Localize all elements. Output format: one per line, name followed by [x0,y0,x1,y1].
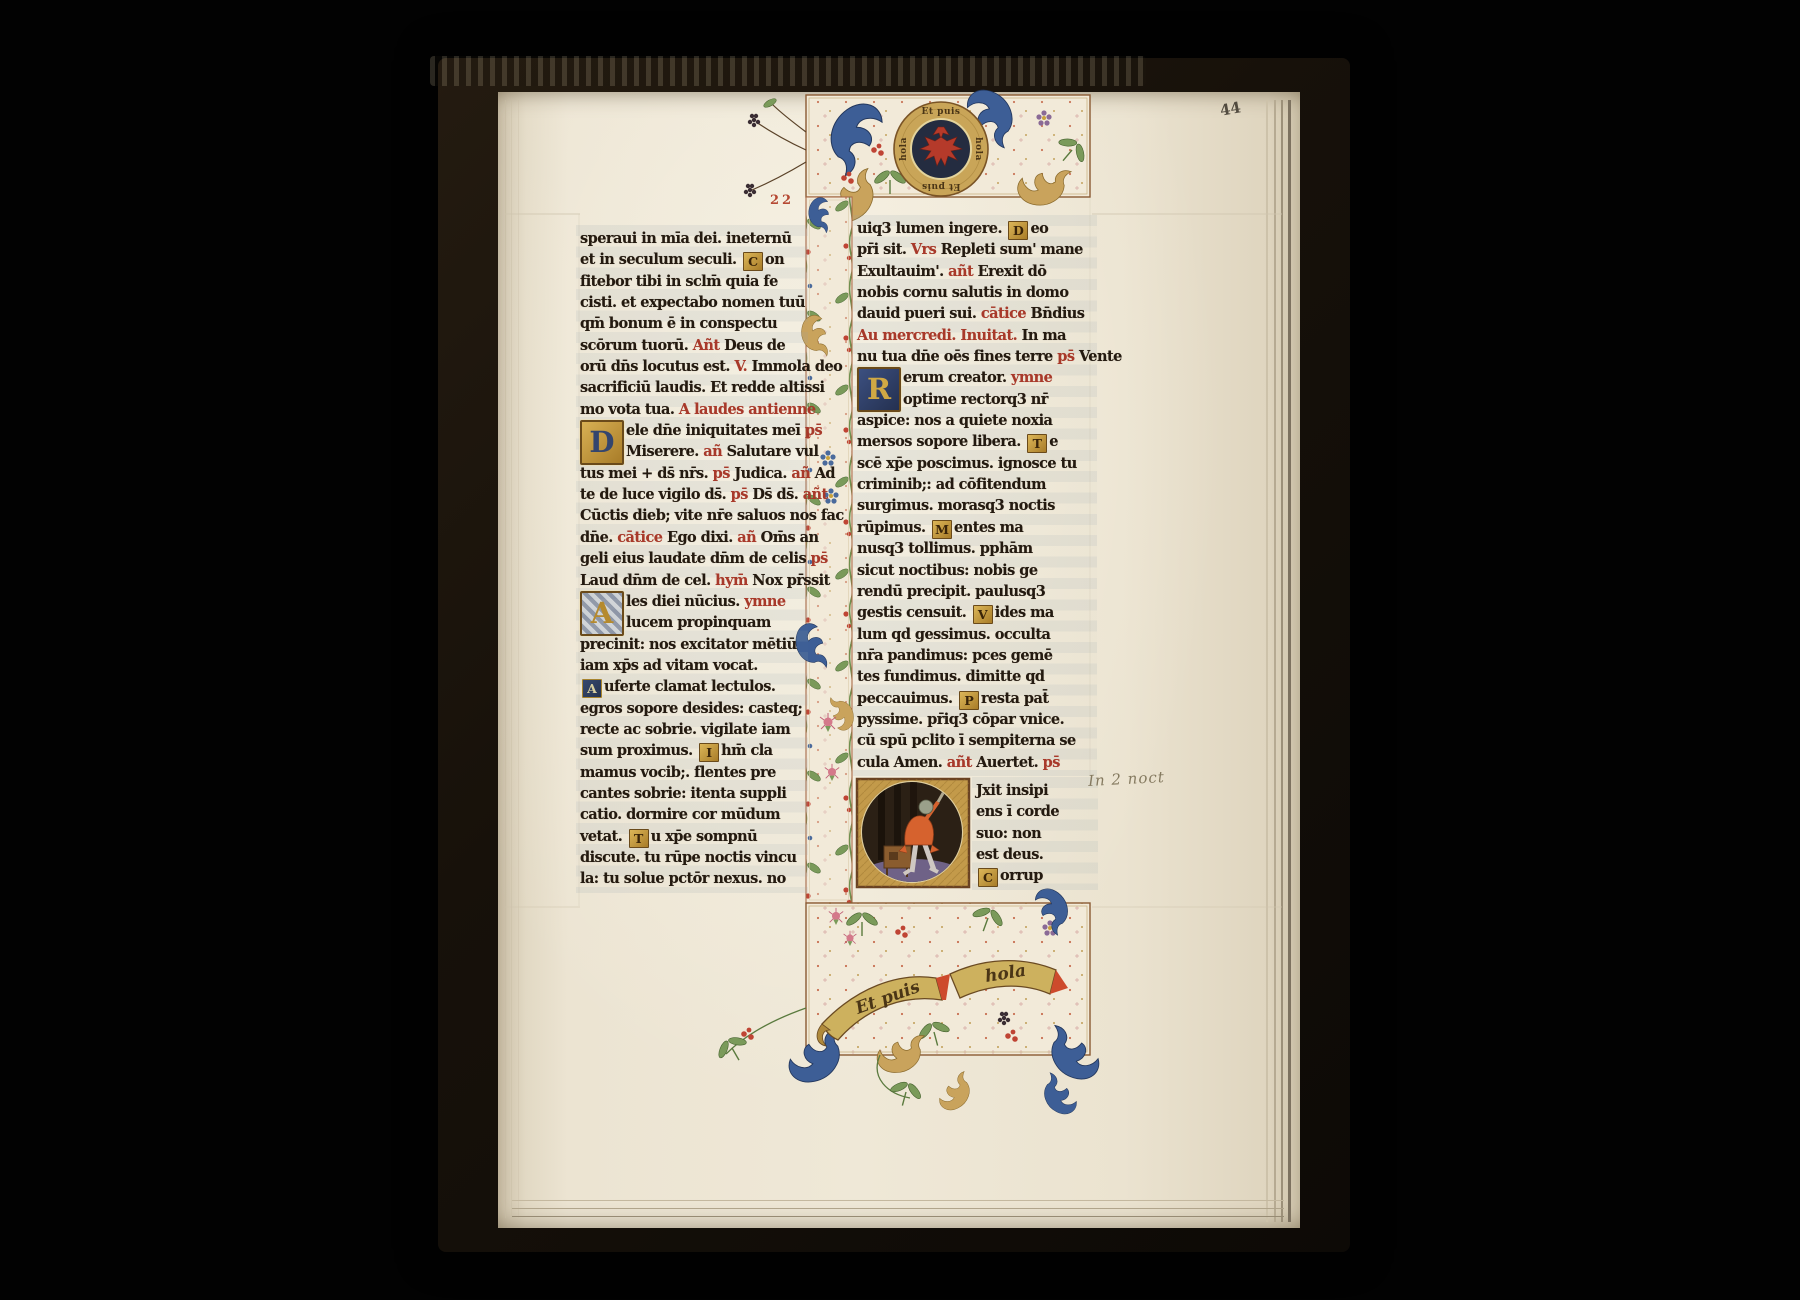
text-line: Auferte clamat lectulos. [580,676,804,697]
text-segment: entes ma [954,519,1023,536]
text-segment: cula Amen. [857,754,947,771]
text-segment: ymne [1011,369,1052,386]
text-segment: vetat. [580,828,627,845]
text-line: Au mercredi. Inuitat. In ma [857,325,1093,346]
text-segment: pr̄i sit. [857,241,911,258]
text-segment: uferte clamat lectulos. [604,678,775,695]
text-segment: lucem propinquam [626,614,771,631]
inline-initial: I [699,743,719,762]
text-segment: añt [948,263,977,280]
text-segment: criminib;: ad cōfitendum [857,476,1046,493]
text-segment: cū spū pclito ī sempiterna se [857,732,1076,749]
text-segment: precinit: nos excitator mētiū [580,636,797,653]
text-segment: Judica. [734,465,791,482]
text-segment: Erexit dō [978,263,1047,280]
text-segment: mersos sopore libera. [857,433,1025,450]
text-line: tes fundimus. dimitte qd [857,666,1093,687]
text-segment: cātice [617,529,667,546]
text-segment: uiq3 lumen ingere. [857,220,1006,237]
text-segment: cātice [981,305,1031,322]
bottom-border: Et puis hola [711,884,1104,1118]
text-segment: recte ac sobrie. vigilate iam [580,721,790,738]
inline-initial: A [582,679,602,698]
text-segment: ymne [744,593,785,610]
text-line: rūpimus. Mentes ma [857,517,1093,538]
text-segment: orrup [1000,867,1043,884]
miniature-initial-D [857,779,969,889]
text-line: catio. dormire cor mūdum [580,804,804,825]
text-segment: V. [734,358,751,375]
text-segment: gestis censuit. [857,604,971,621]
motto-text: Et puis [922,107,961,117]
text-line: aspice: nos a quiete noxia [857,410,1093,431]
text-segment: nobis cornu salutis in domo [857,284,1068,301]
text-segment: tus mei + ds̄ nr̄s. [580,465,713,482]
left-column: speraui in mīa dei. ineternūet in seculu… [580,228,804,890]
illuminated-initial: R [857,367,901,412]
text-line: Cūctis dieb; vite nr̄e saluos nos fac [580,505,804,526]
text-segment: Cūctis dieb; vite nr̄e saluos nos fac [580,507,844,524]
text-line: nr̄a pandimus: pces gemē [857,645,1093,666]
text-line: iam xp̄s ad vitam vocat. [580,655,804,676]
text-line: est deus. [976,844,1094,865]
inline-initial: P [959,691,979,710]
text-segment: suo: non [976,825,1041,842]
illuminated-initial: A [580,591,624,636]
text-line: cantes sobrie: itenta suppli [580,783,804,804]
text-segment: speraui in mīa dei. ineternū [580,230,792,247]
text-segment: iam xp̄s ad vitam vocat. [580,657,758,674]
text-segment: discute. tu rūpe noctis vincu [580,849,796,866]
text-line: speraui in mīa dei. ineternū [580,228,804,249]
text-segment: tes fundimus. dimitte qd [857,668,1045,685]
text-line: cula Amen. añt Auertet. ps̄ [857,752,1093,773]
text-segment: hm̄ cla [721,742,772,759]
text-segment: ps̄ [1043,754,1060,771]
inline-initial: V [973,605,993,624]
text-line: tus mei + ds̄ nr̄s. ps̄ Judica. añ Ad [580,463,804,484]
text-line: scōrum tuorū. Añt Deus de [580,335,804,356]
text-segment: rendū precipit. paulusq3 [857,583,1045,600]
text-segment: te de luce vigilo ds̄. [580,486,731,503]
text-segment: rūpimus. [857,519,930,536]
text-line: precinit: nos excitator mētiū [580,634,804,655]
text-segment: añ [737,529,760,546]
text-line: cū spū pclito ī sempiterna se [857,730,1093,751]
inline-initial: M [932,520,952,539]
right-column-wrapped: Jxit insipiens ī cordesuo: nonest deus.C… [976,780,1094,887]
text-line: criminib;: ad cōfitendum [857,474,1093,495]
text-line: ens ī corde [976,801,1094,822]
text-segment: e [1049,433,1058,450]
text-segment: la: tu solue pctōr nexus. no [580,870,786,887]
motto-text: hola [899,137,909,161]
text-segment: ele dn̄e iniquitates meī [626,422,805,439]
text-segment: u xp̄e sompnū [651,828,757,845]
text-segment: Salutare vul [727,443,819,460]
text-line: lum qd gessimus. occulta [857,624,1093,645]
text-segment: Ds̄ ds̄. [752,486,802,503]
text-segment: geli eius laudate dn̄m de celis [580,550,811,567]
text-segment: sicut noctibus: nobis ge [857,562,1038,579]
inline-initial: T [629,829,649,848]
inline-initial: T [1027,434,1047,453]
text-segment: pyssime. pr̄iq3 cōpar vnice. [857,711,1064,728]
text-line: vetat. Tu xp̄e sompnū [580,826,804,847]
text-segment: nu tua dn̄e oēs fines terre [857,348,1057,365]
text-line: la: tu solue pctōr nexus. no [580,868,804,889]
text-segment: et in seculum seculi. [580,251,741,268]
text-segment: resta pat̄ [981,690,1048,707]
text-segment: ps̄ [713,465,735,482]
text-segment: scē xp̄e poscimus. ignosce tu [857,455,1077,472]
text-line: dn̄e. cātice Ego dixi. añ Om̄s an [580,527,804,548]
text-segment: nr̄a pandimus: pces gemē [857,647,1052,664]
text-line: pyssime. pr̄iq3 cōpar vnice. [857,709,1093,730]
text-line: egros sopore desides: casteq; [580,698,804,719]
text-segment: Añt [693,337,724,354]
text-segment: lum qd gessimus. occulta [857,626,1050,643]
text-segment: ps̄ [1057,348,1079,365]
text-line: scē xp̄e poscimus. ignosce tu [857,453,1093,474]
text-line: Exultauim'. añt Erexit dō [857,261,1093,282]
text-segment: ps̄ [805,422,822,439]
medallion: Et puis hola Et puis hola [894,102,988,196]
text-segment: erum creator. [903,369,1011,386]
text-line: mo vota tua. A laudes antienne [580,399,804,420]
text-line: rendū precipit. paulusq3 [857,581,1093,602]
text-segment: añ [703,443,726,460]
text-segment: les diei nūcius. [626,593,744,610]
text-segment: egros sopore desides: casteq; [580,700,802,717]
text-segment: Ego dixi. [667,529,737,546]
text-segment: Exultauim'. [857,263,948,280]
text-line: Laud dn̄m de cel. hym̄ Nox pr̄ssit [580,570,804,591]
text-line: mersos sopore libera. Te [857,431,1093,452]
text-segment: hym̄ [715,572,752,589]
text-segment: A laudes antienne [679,401,816,418]
text-segment: ps̄ [811,550,828,567]
text-line: geli eius laudate dn̄m de celis ps̄ [580,548,804,569]
text-segment: Nox pr̄ssit [752,572,829,589]
text-segment: Auertet. [976,754,1042,771]
text-segment: orū dn̄s locutus est. [580,358,734,375]
text-segment: sacrificiū laudis. Et redde altissi [580,379,824,396]
text-segment: Immola deo [752,358,843,375]
text-segment: añ [791,465,814,482]
motto-text: Et puis [922,181,961,191]
text-segment: Laud dn̄m de cel. [580,572,715,589]
text-line: mamus vocib;. flentes pre [580,762,804,783]
text-segment: Bn̄dius [1031,305,1085,322]
text-line: dauid pueri sui. cātice Bn̄dius [857,303,1093,324]
text-line: orū dn̄s locutus est. V. Immola deo [580,356,804,377]
text-segment: mamus vocib;. flentes pre [580,764,776,781]
text-segment: Miserere. [626,443,703,460]
text-segment: cisti. et expectabo nomen tuū [580,294,805,311]
text-segment: Om̄s an [761,529,819,546]
text-segment: mo vota tua. [580,401,679,418]
text-segment: fitebor tibi in sclm̄ quia fe [580,273,778,290]
text-line: gestis censuit. Vides ma [857,602,1093,623]
inline-initial: C [978,868,998,887]
text-line: pr̄i sit. Vrs Repleti sum' mane [857,239,1093,260]
leaf-number: 22 [770,193,794,208]
text-line: et in seculum seculi. Con [580,249,804,270]
text-segment: nusq3 tollimus. pphām [857,540,1033,557]
text-segment: aspice: nos a quiete noxia [857,412,1052,429]
text-line: qm̄ bonum ē in conspectu [580,313,804,334]
text-segment: est deus. [976,846,1043,863]
text-segment: ps̄ [731,486,753,503]
text-line: fitebor tibi in sclm̄ quia fe [580,271,804,292]
manuscript-photo: Et puis hola Et puis hola [0,0,1800,1300]
text-segment: Vrs [911,241,941,258]
text-line: nusq3 tollimus. pphām [857,538,1093,559]
text-segment: eo [1030,220,1048,237]
text-segment: catio. dormire cor mūdum [580,806,780,823]
text-segment: añt [803,486,828,503]
inline-initial: D [1008,221,1028,240]
folio-number: 44 [1219,98,1243,119]
text-segment: Vente [1079,348,1122,365]
text-line: Jxit insipi [976,780,1094,801]
text-segment: Jxit insipi [976,782,1048,799]
motto-text: hola [973,137,983,161]
text-segment: Ad [815,465,835,482]
text-segment: qm̄ bonum ē in conspectu [580,315,777,332]
inline-initial: C [743,252,763,271]
text-segment: ides ma [995,604,1054,621]
text-line: recte ac sobrie. vigilate iam [580,719,804,740]
text-segment: surgimus. morasq3 noctis [857,497,1055,514]
text-line: te de luce vigilo ds̄. ps̄ Ds̄ ds̄. añt [580,484,804,505]
text-segment: sum proximus. [580,742,697,759]
text-line: peccauimus. Presta pat̄ [857,688,1093,709]
text-line: nobis cornu salutis in domo [857,282,1093,303]
right-column: uiq3 lumen ingere. Deopr̄i sit. Vrs Repl… [857,218,1093,773]
text-line: Corrup [976,865,1094,886]
text-segment: optime rectorq3 nr̄ [903,391,1048,408]
text-segment: scōrum tuorū. [580,337,693,354]
text-line: suo: non [976,823,1094,844]
text-line: discute. tu rūpe noctis vincu [580,847,804,868]
text-line: surgimus. morasq3 noctis [857,495,1093,516]
text-line: nu tua dn̄e oēs fines terre ps̄ Vente [857,346,1093,367]
text-segment: Deus de [724,337,785,354]
text-segment: cantes sobrie: itenta suppli [580,785,786,802]
text-segment: añt [947,754,976,771]
top-border: Et puis hola Et puis hola [744,85,1093,226]
text-line: sicut noctibus: nobis ge [857,560,1093,581]
text-line: cisti. et expectabo nomen tuū [580,292,804,313]
text-segment: on [765,251,784,268]
text-segment: dn̄e. [580,529,617,546]
text-line: sacrificiū laudis. Et redde altissi [580,377,804,398]
text-segment: In ma [1022,327,1066,344]
text-segment: Au mercredi. Inuitat. [857,327,1022,344]
text-line: sum proximus. Ihm̄ cla [580,740,804,761]
text-segment: peccauimus. [857,690,957,707]
text-segment: dauid pueri sui. [857,305,981,322]
text-segment: ens ī corde [976,803,1059,820]
text-segment: Repleti sum' mane [941,241,1083,258]
illuminated-initial: D [580,420,624,465]
text-line: uiq3 lumen ingere. Deo [857,218,1093,239]
